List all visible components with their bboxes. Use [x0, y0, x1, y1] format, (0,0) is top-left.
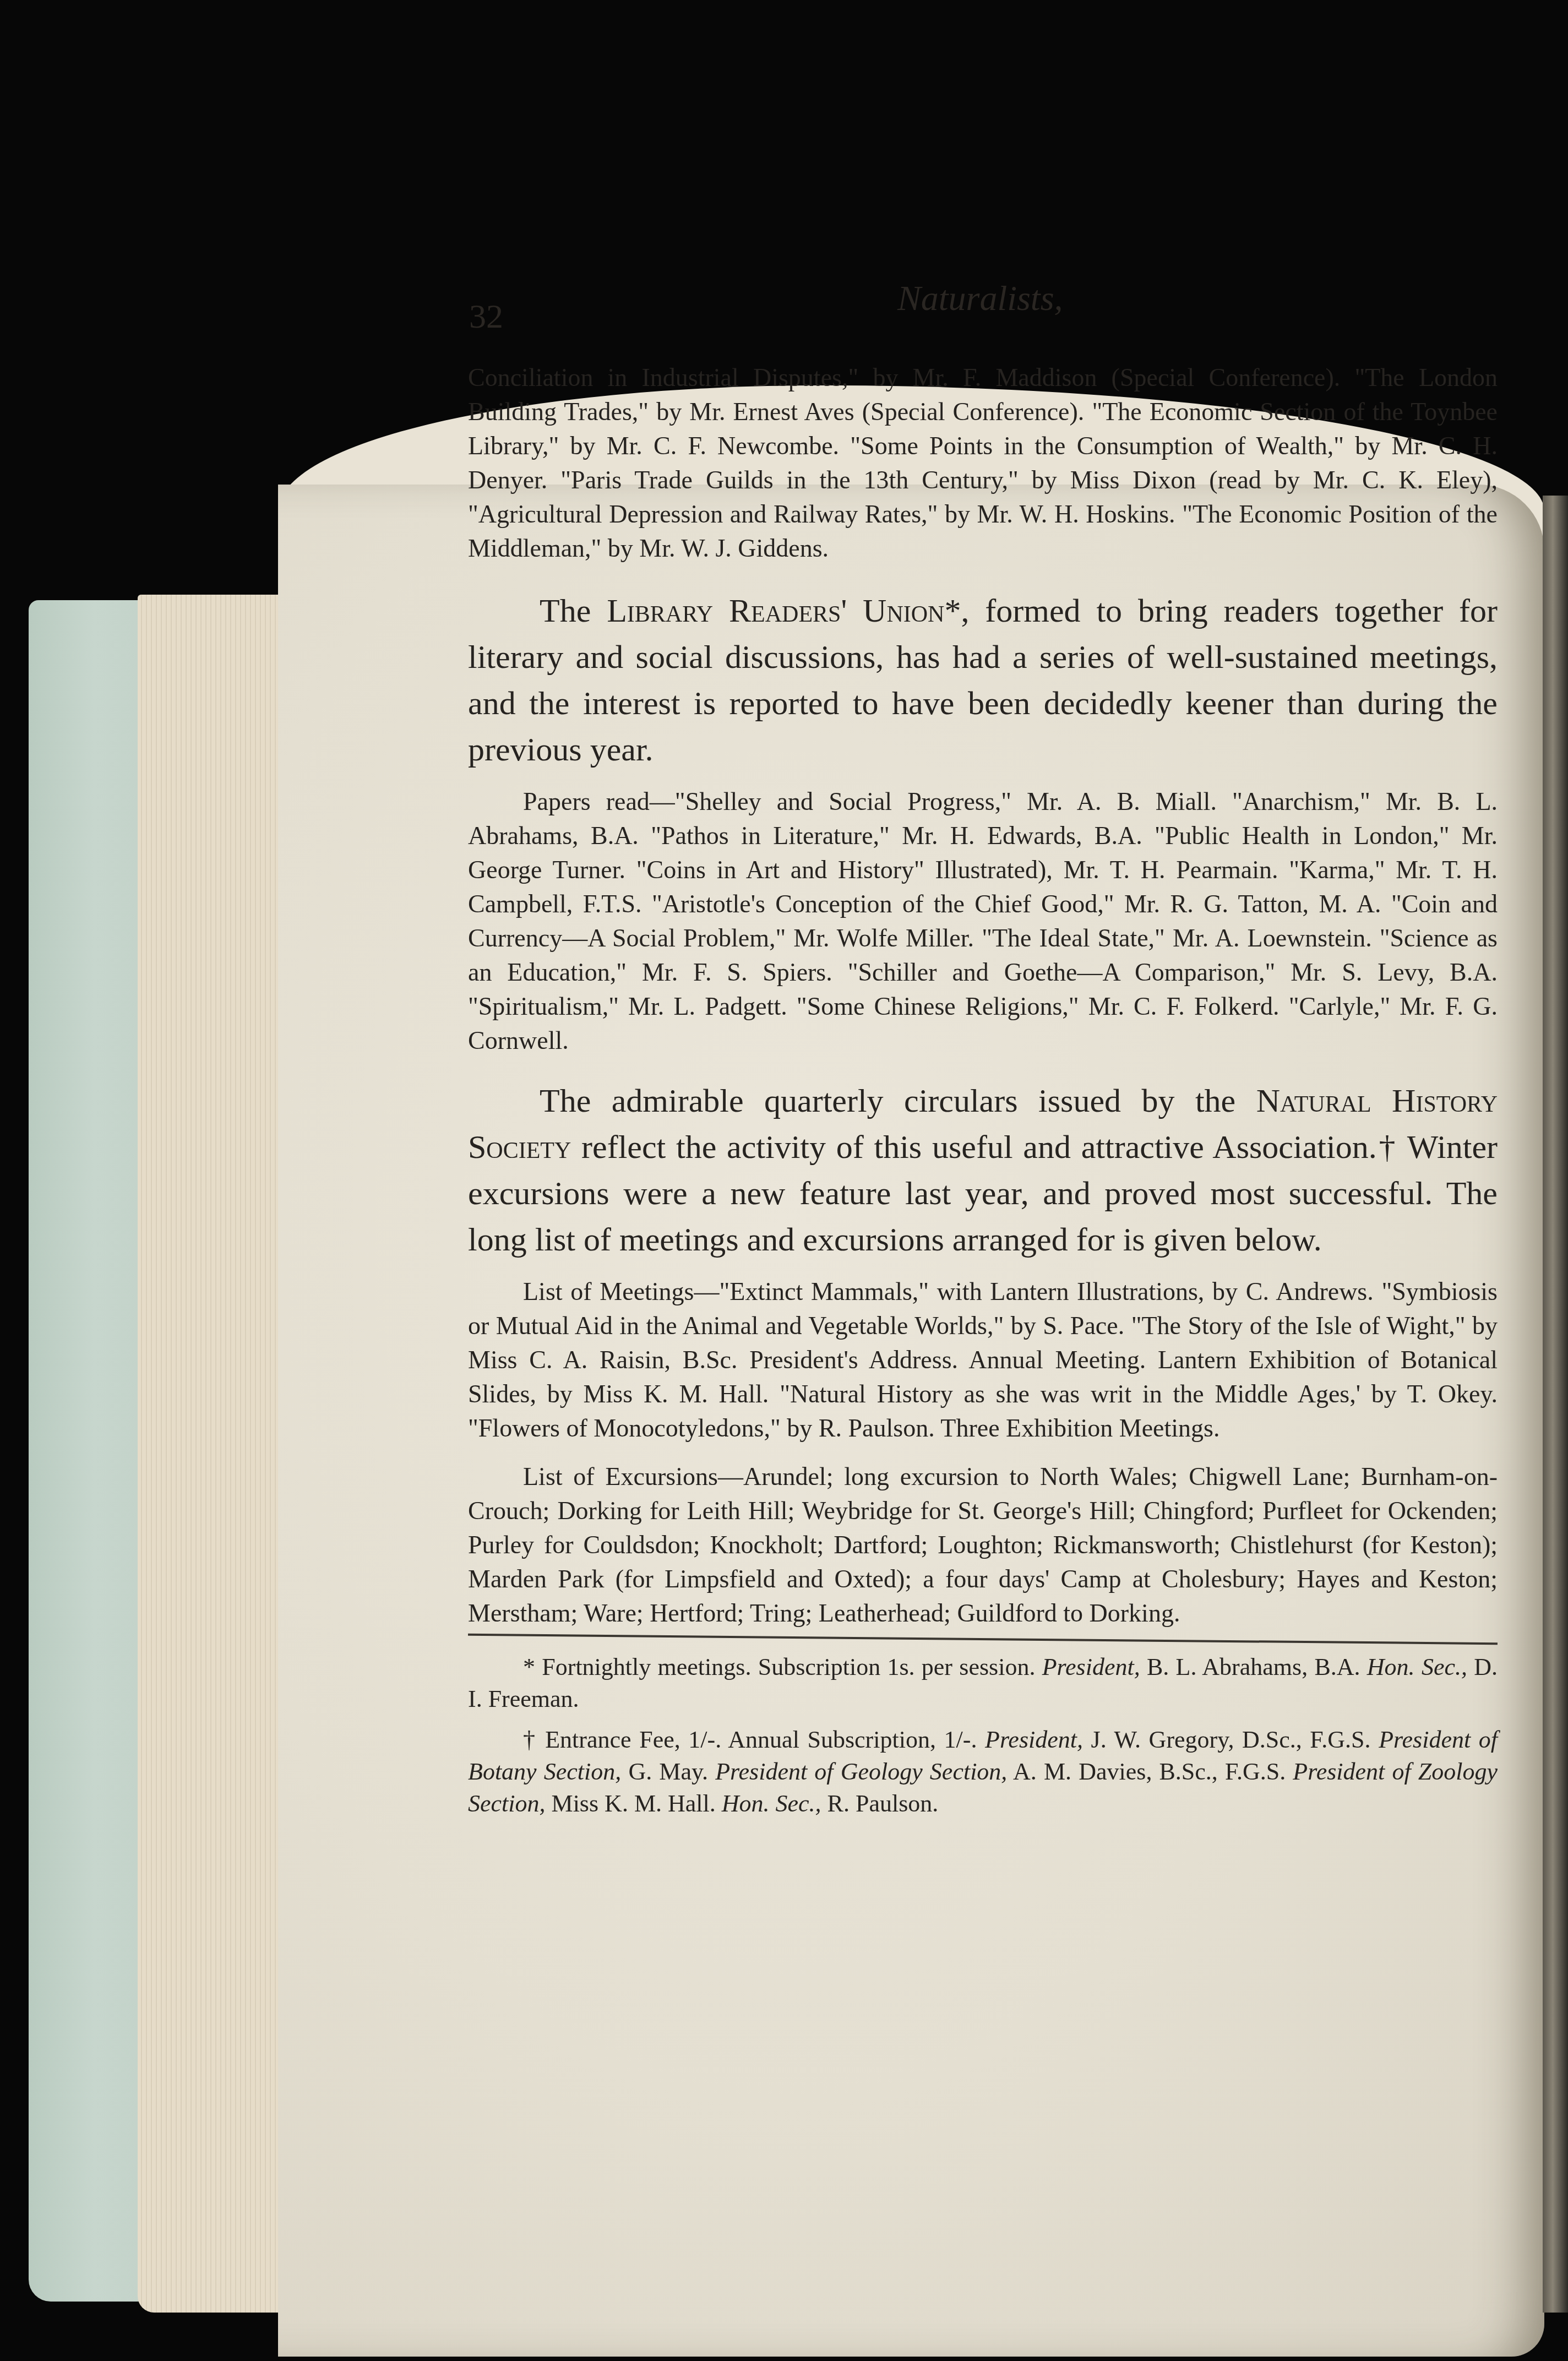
- footnote-2-marker: †: [523, 1726, 537, 1753]
- footnote-2-text-f: R. Paulson.: [821, 1790, 939, 1817]
- list-of-meetings: List of Meetings—"Extinct Mammals," with…: [468, 1275, 1498, 1445]
- library-society-name: Library Readers' Union: [607, 592, 944, 629]
- footnote-2-text-d: A. M. Davies, B.Sc., F.G.S.: [1007, 1758, 1293, 1785]
- footnote-2-geology-label: President of Geology Section,: [715, 1758, 1007, 1785]
- library-lead: The: [540, 592, 607, 629]
- footnote-library-readers-union: * Fortnightly meetings. Subscription 1s.…: [468, 1651, 1498, 1715]
- footnote-1-president-label: President,: [1042, 1653, 1140, 1680]
- papers-read-list: Papers read—"Shelley and Social Progress…: [468, 785, 1498, 1058]
- footnote-2-text-b: J. W. Gregory, D.Sc., F.G.S.: [1083, 1726, 1379, 1753]
- natural-history-body: reflect the activity of this useful and …: [571, 1129, 1376, 1165]
- footnote-2-text-a: Entrance Fee, 1/-. Annual Subscription, …: [537, 1726, 985, 1753]
- footnote-marker-asterisk: *: [944, 592, 961, 629]
- footnote-2-text-e: Miss K. M. Hall.: [546, 1790, 722, 1817]
- library-readers-union-paragraph: The Library Readers' Union*, formed to b…: [468, 587, 1498, 773]
- economic-papers-paragraph: Conciliation in Industrial Disputes," by…: [468, 361, 1498, 565]
- list-of-excursions: List of Excursions—Arundel; long excursi…: [468, 1460, 1498, 1630]
- footnote-1-text-a: Fortnightly meetings. Subscription 1s. p…: [535, 1653, 1042, 1680]
- page-number: 32: [469, 297, 503, 336]
- footnote-1-marker: *: [523, 1653, 535, 1680]
- footnote-1-text-b: B. L. Abrahams, B.A.: [1140, 1653, 1367, 1680]
- footnote-2-sec-label: Hon. Sec.,: [722, 1790, 821, 1817]
- footnote-2-president-label: President,: [985, 1726, 1083, 1753]
- footnote-marker-dagger: †: [1377, 1129, 1398, 1165]
- natural-history-paragraph: The admirable quarterly circulars issued…: [468, 1078, 1498, 1263]
- page-body: Conciliation in Industrial Disputes," by…: [468, 361, 1498, 1820]
- natural-history-lead: The admirable quarterly circulars issued…: [540, 1082, 1256, 1119]
- footnote-natural-history-society: † Entrance Fee, 1/-. Annual Subscription…: [468, 1724, 1498, 1820]
- footnote-2-text-c: G. May.: [621, 1758, 715, 1785]
- footnote-rule: [468, 1634, 1498, 1645]
- running-head: Naturalists,: [897, 278, 1063, 319]
- gutter-shadow: [1543, 496, 1568, 2313]
- footnote-1-sec-label: Hon. Sec.,: [1367, 1653, 1467, 1680]
